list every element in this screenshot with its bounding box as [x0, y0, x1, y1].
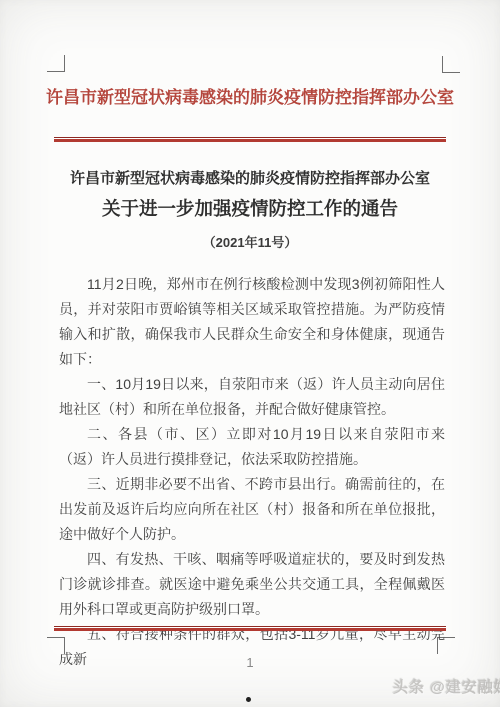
notice-doc-number: （2021年11号）: [0, 232, 500, 251]
page-number: 1: [0, 655, 500, 670]
bottom-red-divider: [54, 626, 446, 631]
crop-mark-top-right: [442, 56, 460, 73]
notice-intro-paragraph: 11月2日晚，郑州市在例行核酸检测中发现3例初筛阳性人员，并对荥阳市贾峪镇等相关…: [59, 272, 445, 372]
notice-subject-title: 关于进一步加强疫情防控工作的通告: [0, 195, 500, 221]
letterhead-agency-title: 许昌市新型冠状病毒感染的肺炎疫情防控指挥部办公室: [0, 83, 500, 108]
crop-mark-top-left: [47, 55, 65, 72]
notice-body: 11月2日晚，郑州市在例行核酸检测中发现3例初筛阳性人员，并对荥阳市贾峪镇等相关…: [59, 272, 445, 672]
document-photo: 许昌市新型冠状病毒感染的肺炎疫情防控指挥部办公室 许昌市新型冠状病毒感染的肺炎疫…: [0, 0, 500, 707]
notice-item-2: 二、各县（市、区）立即对10月19日以来自荥阳市来（返）许人员进行摸排登记，依法…: [59, 422, 445, 472]
toutiao-watermark: 头条 @建安融媒: [393, 676, 500, 697]
letterhead-red-divider: [54, 137, 446, 142]
notice-issuer-title: 许昌市新型冠状病毒感染的肺炎疫情防控指挥部办公室: [0, 167, 500, 188]
notice-title-block: 许昌市新型冠状病毒感染的肺炎疫情防控指挥部办公室 关于进一步加强疫情防控工作的通…: [0, 167, 500, 251]
notice-item-4: 四、有发热、干咳、咽痛等呼吸道症状的，要及时到发热门诊就诊排查。就医途中避免乘坐…: [59, 547, 445, 622]
notice-item-3: 三、近期非必要不出省、不跨市县出行。确需前往的，在出发前及返许后均应向所在社区（…: [59, 472, 445, 547]
photo-dot-artifact: [246, 697, 251, 702]
notice-item-1: 一、10月19日以来，自荥阳市来（返）许人员主动向居住地社区（村）和所在单位报备…: [59, 372, 445, 422]
